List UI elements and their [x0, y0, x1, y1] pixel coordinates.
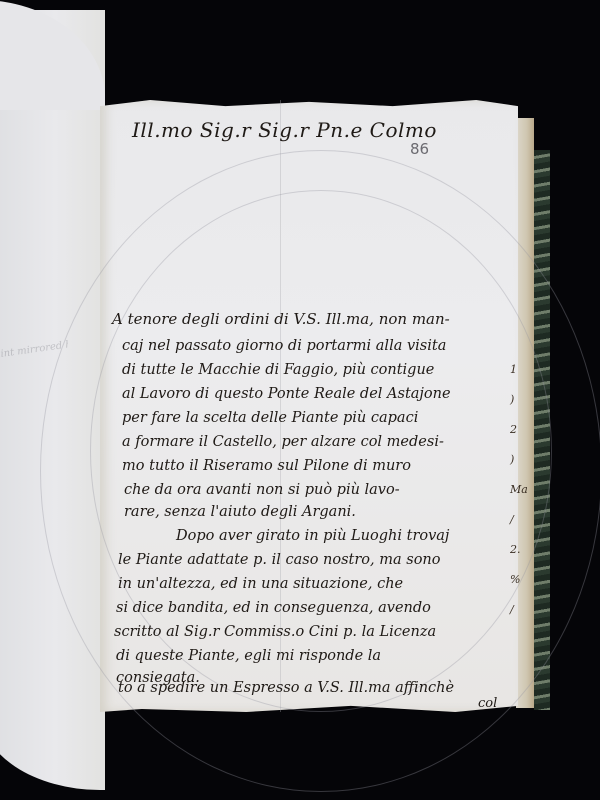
margin-mark: % — [510, 565, 530, 595]
body-line: caj nel passato giorno di portarmi alla … — [122, 338, 446, 354]
margin-mark: 2 — [510, 415, 530, 445]
manuscript-photo: faint mirrored handwriting from reverse … — [0, 0, 600, 800]
body-line: di tutte le Macchie di Faggio, più conti… — [122, 362, 434, 378]
body-line: rare, senza l'aiuto degli Argani. — [124, 504, 356, 520]
body-line: in un'altezza, ed in una situazione, che — [118, 576, 403, 592]
salutation: Ill.mo Sig.r Sig.r Pn.e Colmo — [132, 118, 437, 142]
body-line: to a spedire un Espresso a V.S. Ill.ma a… — [118, 680, 454, 696]
body-line: mo tutto il Riseramo sul Pilone di muro — [122, 458, 411, 474]
body-line: a formare il Castello, per alzare col me… — [122, 434, 444, 450]
body-line: che da ora avanti non si può più lavo- — [124, 482, 400, 498]
body-line: per fare la scelta delle Piante più capa… — [122, 410, 418, 426]
body-line: le Piante adattate p. il caso nostro, ma… — [118, 552, 441, 568]
folio-number: 86 — [410, 140, 429, 158]
margin-mark: / — [510, 595, 530, 625]
margin-mark: ) — [510, 445, 530, 475]
body-line: A tenore degli ordini di V.S. Ill.ma, no… — [112, 310, 450, 328]
margin-mark: Ma — [510, 475, 530, 505]
catchword: col — [478, 696, 497, 711]
margin-mark: 1 — [510, 355, 530, 385]
body-line: al Lavoro di questo Ponte Reale del Asta… — [122, 386, 451, 402]
body-line: si dice bandita, ed in conseguenza, aven… — [116, 600, 431, 616]
margin-mark: ) — [510, 385, 530, 415]
margin-marks: 1 ) 2 ) Ma / 2. % / — [510, 355, 530, 625]
margin-mark: 2. — [510, 535, 530, 565]
margin-mark: / — [510, 505, 530, 535]
body-line: Dopo aver girato in più Luoghi trovaj — [176, 528, 449, 544]
